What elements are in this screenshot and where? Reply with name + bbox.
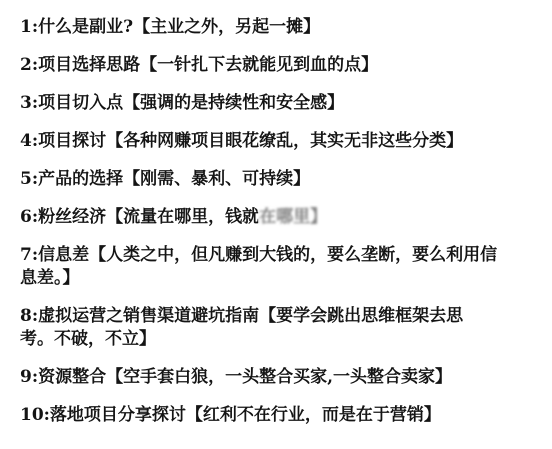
item-text-wrapped: 考。不破，不立】 bbox=[20, 328, 542, 351]
item-text: 2:项目选择思路【一针扎下去就能见到血的点】 bbox=[20, 54, 542, 77]
list-item-8: 8:虚拟运营之销售渠道避坑指南【要学会跳出思维框架去思 考。不破，不立】 bbox=[20, 305, 542, 351]
list-item-4: 4:项目探讨【各种网赚项目眼花缭乱，其实无非这些分类】 bbox=[20, 130, 542, 153]
list-item-1: 1:什么是副业?【主业之外，另起一摊】 bbox=[20, 16, 542, 39]
item-text: 4:项目探讨【各种网赚项目眼花缭乱，其实无非这些分类】 bbox=[20, 130, 542, 153]
list-item-3: 3:项目切入点【强调的是持续性和安全感】 bbox=[20, 92, 542, 115]
document-page: { "page": { "background_color": "#ffffff… bbox=[0, 0, 552, 449]
item-text: 9:资源整合【空手套白狼，一头整合买家,一头整合卖家】 bbox=[20, 366, 542, 389]
list-item-5: 5:产品的选择【刚需、暴利、可持续】 bbox=[20, 168, 542, 191]
item-text: 5:产品的选择【刚需、暴利、可持续】 bbox=[20, 168, 542, 191]
item-text: 3:项目切入点【强调的是持续性和安全感】 bbox=[20, 92, 542, 115]
course-outline-list: 1:什么是副业?【主业之外，另起一摊】 2:项目选择思路【一针扎下去就能见到血的… bbox=[0, 0, 552, 427]
item-text: 10:落地项目分享探讨【红利不在行业，而是在于营销】 bbox=[20, 404, 542, 427]
item-text: 1:什么是副业?【主业之外，另起一摊】 bbox=[20, 16, 542, 39]
item-text: 7:信息差【人类之中，但凡赚到大钱的，要么垄断，要么利用信 bbox=[20, 244, 542, 267]
list-item-9: 9:资源整合【空手套白狼，一头整合买家,一头整合卖家】 bbox=[20, 366, 542, 389]
list-item-2: 2:项目选择思路【一针扎下去就能见到血的点】 bbox=[20, 54, 542, 77]
item-text-wrapped: 息差。】 bbox=[20, 267, 542, 290]
list-item-10: 10:落地项目分享探讨【红利不在行业，而是在于营销】 bbox=[20, 404, 542, 427]
item-text: 8:虚拟运营之销售渠道避坑指南【要学会跳出思维框架去思 bbox=[20, 305, 542, 328]
list-item-7: 7:信息差【人类之中，但凡赚到大钱的，要么垄断，要么利用信 息差。】 bbox=[20, 244, 542, 290]
item-text: 6:粉丝经济【流量在哪里，钱就在哪里】 bbox=[20, 206, 542, 229]
list-item-6: 6:粉丝经济【流量在哪里，钱就在哪里】 bbox=[20, 206, 542, 229]
